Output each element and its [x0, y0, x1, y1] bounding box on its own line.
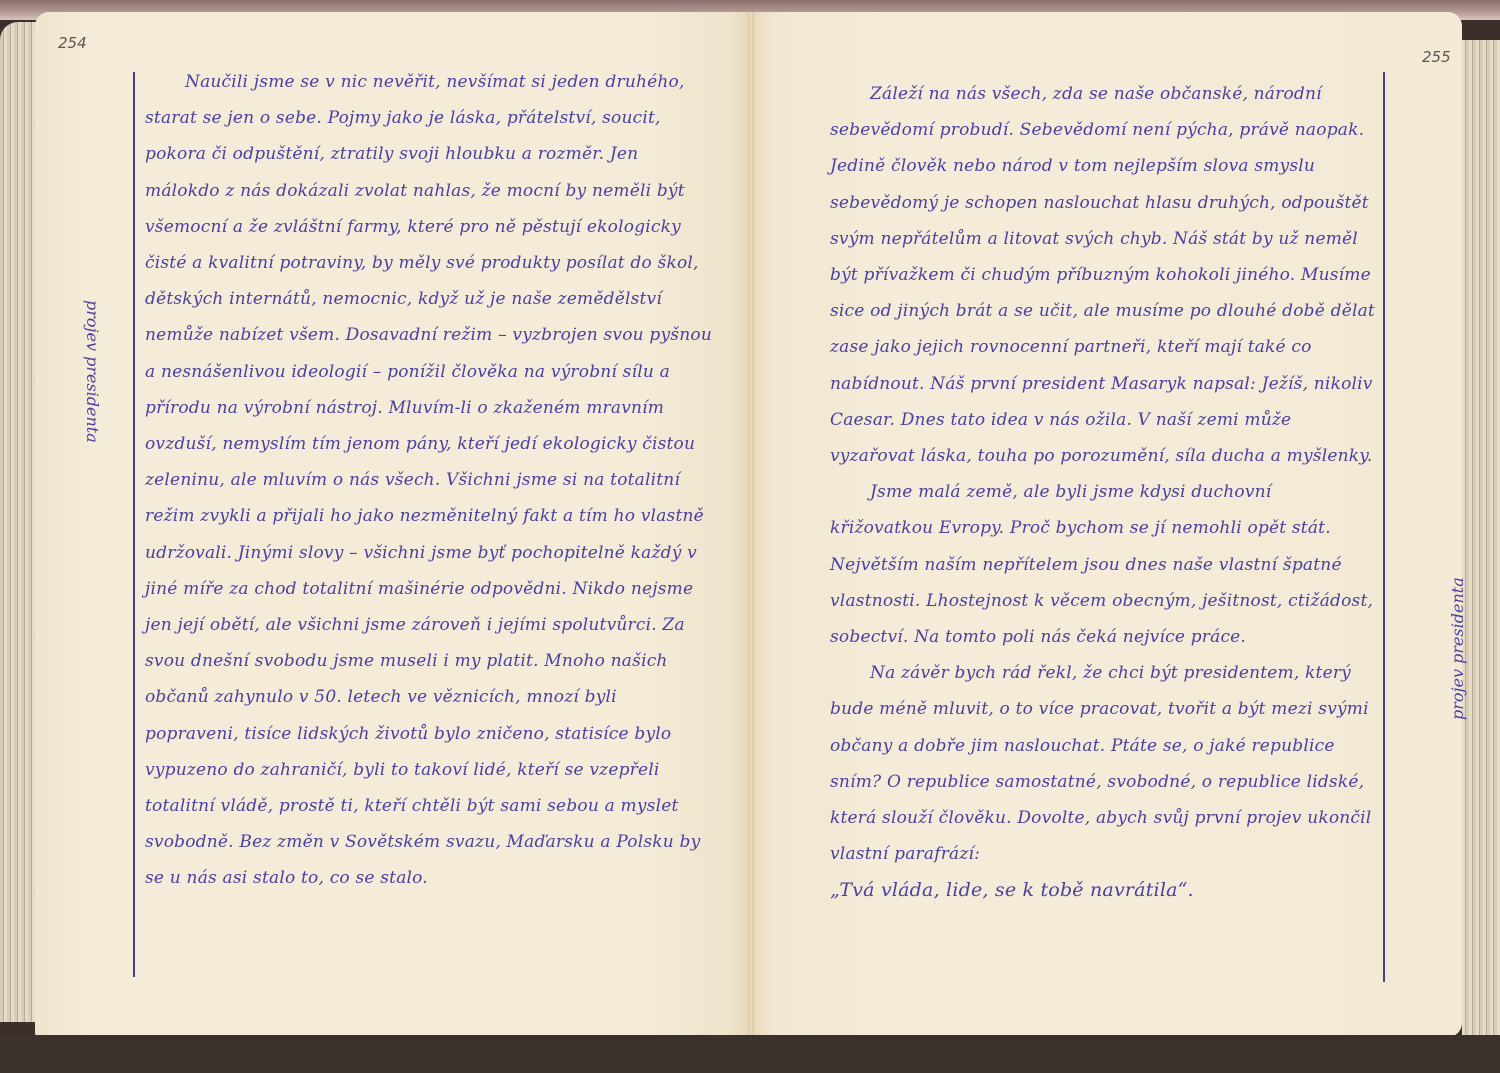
book-gutter	[748, 12, 754, 1037]
left-page-number: 254	[58, 34, 87, 52]
paragraph: Na závěr bych rád řekl, že chci být pres…	[830, 655, 1378, 872]
scan-background	[0, 1035, 1500, 1073]
paragraph: Jsme malá země, ale byli jsme kdysi duch…	[830, 474, 1378, 655]
paragraph: Záleží na nás všech, zda se naše občansk…	[830, 76, 1378, 474]
left-page-stack-edge	[0, 22, 40, 1022]
right-page-text: Záleží na nás všech, zda se naše občansk…	[830, 76, 1378, 909]
left-margin-rule	[133, 72, 135, 977]
right-margin-rule	[1383, 72, 1385, 982]
paragraph: Naučili jsme se v nic nevěřit, nevšímat …	[145, 64, 715, 897]
left-page-text: Naučili jsme se v nic nevěřit, nevšímat …	[145, 64, 715, 897]
right-page-stack-edge	[1462, 40, 1500, 1040]
right-margin-note: projev presidenta	[1448, 577, 1467, 720]
left-margin-note: projev presidenta	[83, 300, 102, 443]
right-page-number: 255	[1422, 48, 1451, 66]
closing-quote: „Tvá vláda, lide, se k tobě navrátila“.	[830, 872, 1378, 908]
